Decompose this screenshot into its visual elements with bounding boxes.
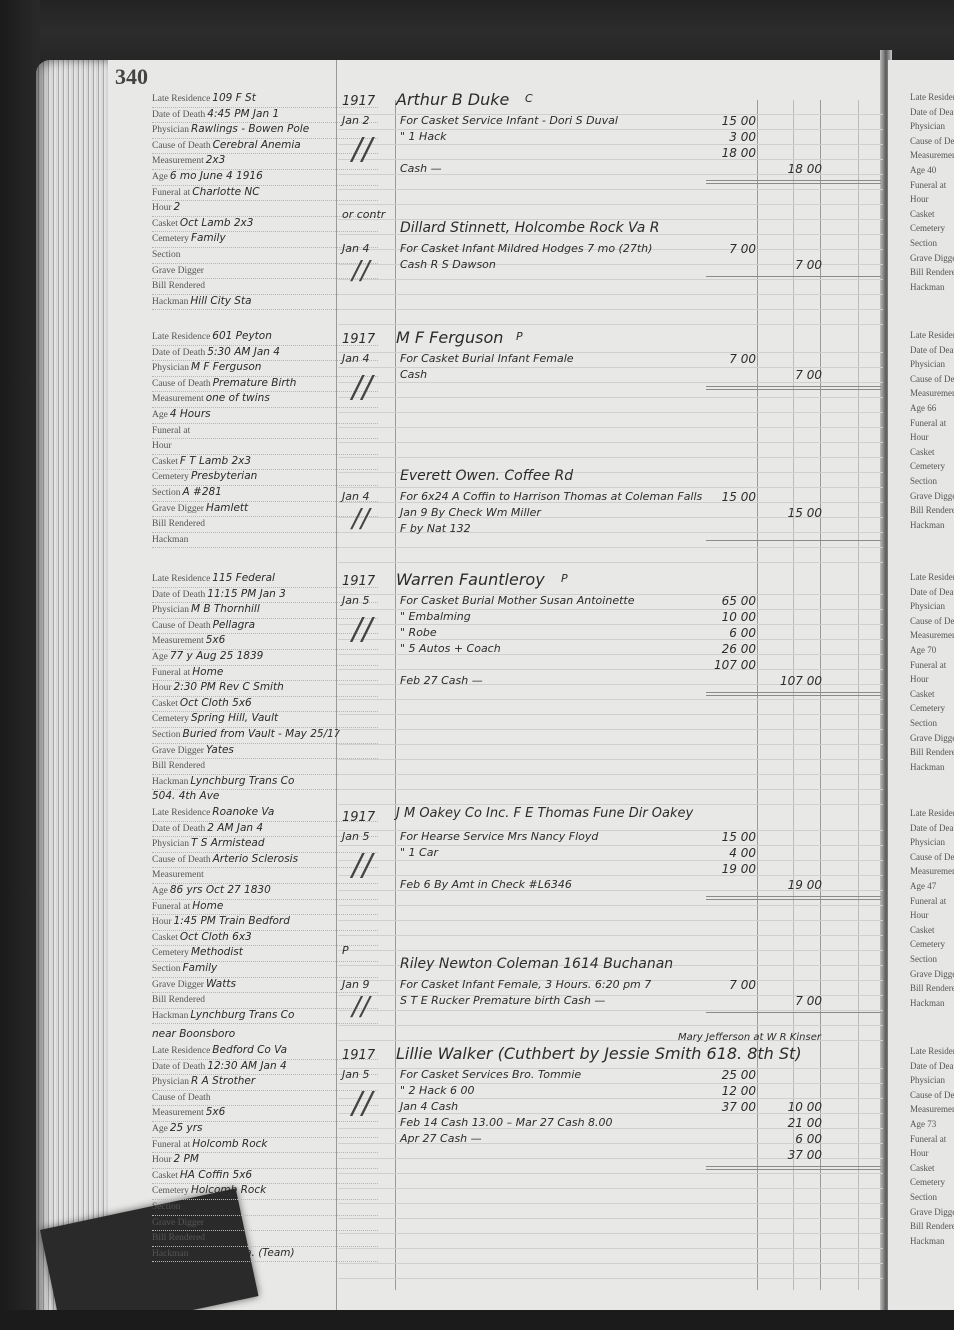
entry-date: Jan 5 [342, 1068, 369, 1081]
total-rule [706, 386, 881, 387]
form-value: Family [183, 1200, 218, 1212]
form-value: one of twins [206, 392, 270, 404]
ledger-note: or contr [342, 208, 385, 221]
credit-amount: 37 00 [772, 1148, 822, 1162]
form-label: Hackman [910, 520, 944, 530]
account-name: M F Ferguson [396, 328, 503, 347]
form-label: Measurement [152, 870, 204, 880]
form-label: Measurement [910, 1104, 954, 1114]
burial-form: near BoonsboroLate ResidenceBedford Co V… [152, 1028, 378, 1262]
form-label: Cause of Death [152, 379, 211, 389]
form-value: 115 Federal [212, 572, 275, 584]
paid-checkmark: // [352, 612, 372, 647]
form-field-section: SectionBuried from Vault - May 25/17 [152, 728, 378, 744]
total-rule [706, 276, 881, 277]
ruled-line [338, 699, 883, 700]
ruled-line [338, 744, 883, 745]
debit-amount: 7 00 [706, 242, 756, 256]
form-field-hour: Hour2 PM [152, 1153, 378, 1169]
paid-checkmark: // [352, 992, 370, 1022]
debit-amount: 15 00 [706, 490, 756, 504]
ruled-line [338, 442, 883, 443]
account-mark: P [561, 572, 568, 585]
form-label: Measurement [152, 394, 204, 404]
form-field-cemetery: Cemetery [910, 939, 954, 954]
form-value: Buried from Vault - May 25/17 [183, 728, 341, 740]
ruled-line [338, 639, 883, 640]
form-label: Hour [910, 194, 929, 204]
form-value: Holcomb Rock [191, 1184, 266, 1196]
form-label: Grave Digger [910, 733, 954, 743]
form-value: 5x6 [206, 1106, 226, 1118]
form-label: Funeral at [910, 418, 946, 428]
form-label: Measurement [910, 388, 954, 398]
form-value: 2x3 [206, 154, 226, 166]
form-field-funeral-at: Funeral atCharlotte NC [152, 186, 378, 202]
paid-checkmark: // [352, 848, 372, 883]
form-field-age: Age 66 [910, 403, 954, 418]
form-value: Watts [206, 978, 236, 990]
form-field-date-of-death: Date of Death [910, 107, 954, 122]
form-label: Cause of Death [152, 1093, 211, 1103]
form-field-hour: Hour1:45 PM Train Bedford [152, 915, 378, 931]
form-field-age: Age 73 [910, 1119, 954, 1134]
entry-description: For Casket Burial Mother Susan Antoinett… [400, 594, 634, 607]
ledger-note: P [342, 944, 349, 957]
debit-amount: 15 00 [706, 114, 756, 128]
entry-date: Jan 9 [342, 978, 369, 991]
ruled-line [338, 1233, 883, 1234]
ledger-year: 1917 [342, 810, 375, 825]
form-label: Section [910, 1192, 937, 1202]
form-field-cemetery: Cemetery [910, 223, 954, 238]
form-value: Holcomb Rock [192, 1138, 267, 1150]
debit-amount: 107 00 [706, 658, 756, 672]
form-field-cause-of-death: Cause of Death [910, 852, 954, 867]
form-label: Physician [152, 363, 189, 373]
debit-amount: 3 00 [706, 130, 756, 144]
form-label: Grave Digger [910, 969, 954, 979]
ruled-line [338, 279, 883, 280]
debit-amount: 25 00 [706, 1068, 756, 1082]
ledger-year: 1917 [342, 94, 375, 109]
right-page-form: Late ResidenceDate of DeathPhysicianCaus… [910, 330, 954, 534]
form-field-age: Age 40 [910, 165, 954, 180]
form-label: Bill Rendered [910, 505, 954, 515]
form-field-grave-digger: Grave Digger [152, 264, 378, 280]
form-label: Casket [152, 1171, 178, 1181]
form-label: Late Residence [152, 574, 210, 584]
ruled-line [338, 1248, 883, 1249]
form-field-measurement: Measurement5x6 [152, 1106, 378, 1122]
form-label: Casket [910, 447, 935, 457]
form-label: Physician [910, 121, 945, 131]
form-field-bill-rendered: Bill Rendered [152, 279, 378, 295]
form-label: Grave Digger [910, 253, 954, 263]
form-label: Late Residence [152, 94, 210, 104]
form-label: Physician [910, 1075, 945, 1085]
form-label: Date of Death [152, 824, 205, 834]
entry-description: " Robe [400, 626, 437, 639]
ruled-line [338, 1173, 883, 1174]
book-cover-left [0, 0, 40, 1330]
form-value: Hill City Sta [190, 295, 251, 307]
ruled-line [338, 669, 883, 670]
form-field-age: Age86 yrs Oct 27 1830 [152, 884, 378, 900]
form-field-casket: CasketHA Coffin 5x6 [152, 1169, 378, 1185]
form-label: Funeral at [152, 426, 190, 436]
total-rule [706, 540, 881, 541]
ruled-line [338, 1025, 883, 1026]
form-field-section: Section [910, 718, 954, 733]
form-label: Section [152, 1202, 181, 1212]
form-label: Bill Rendered [910, 267, 954, 277]
form-value: M B Thornhill [191, 603, 260, 615]
form-label: Funeral at [910, 180, 946, 190]
form-field-funeral-at: Funeral atHolcomb Rock [152, 1138, 378, 1154]
form-label: Hour [152, 917, 172, 927]
form-value: Bedford Co Va [212, 1044, 287, 1056]
ruled-line [338, 860, 883, 861]
form-field-age: Age77 y Aug 25 1839 [152, 650, 378, 666]
account-name: Dillard Stinnett, Holcombe Rock Va R [400, 220, 659, 236]
form-value: Arterio Sclerosis [213, 853, 299, 865]
form-label: Bill Rendered [910, 1221, 954, 1231]
form-field-hour: Hour [910, 674, 954, 689]
ruled-line [338, 774, 883, 775]
form-field-bill-rendered: Bill Rendered [910, 747, 954, 762]
total-rule-double [706, 389, 881, 390]
form-field-grave-digger: Grave Digger [910, 1207, 954, 1222]
entry-description: For 6x24 A Coffin to Harrison Thomas at … [400, 490, 702, 503]
entry-description: Apr 27 Cash — [400, 1132, 482, 1145]
form-field-funeral-at: Funeral at [152, 424, 378, 440]
form-field-physician: Physician [910, 837, 954, 852]
form-label: Cemetery [910, 461, 945, 471]
form-label: Physician [910, 601, 945, 611]
entry-date: Jan 5 [342, 594, 369, 607]
entry-description: For Casket Infant Female, 3 Hours. 6:20 … [400, 978, 651, 991]
entry-date: Jan 4 [342, 242, 369, 255]
form-label: Funeral at [152, 188, 190, 198]
debit-amount: 37 00 [706, 1100, 756, 1114]
form-value: 12:30 AM Jan 4 [207, 1060, 286, 1072]
form-label: Age 47 [910, 881, 936, 891]
form-field-late-residence: Late Residence [910, 808, 954, 823]
form-value: Oct Cloth 6x3 [180, 931, 252, 943]
form-field-hackman: Hackman [910, 282, 954, 297]
form-field-funeral-at: Funeral atHome [152, 666, 378, 682]
form-label: Hour [152, 683, 172, 693]
credit-amount: 10 00 [772, 1100, 822, 1114]
form-field-cemetery: CemeteryHolcomb Rock [152, 1184, 378, 1200]
form-field-hackman: Hackman [910, 1236, 954, 1251]
form-label: Measurement [152, 1108, 204, 1118]
form-label: Hackman [910, 1236, 944, 1246]
form-label: Date of Death [152, 348, 205, 358]
entry-description: Jan 9 By Check Wm Miller [400, 506, 541, 519]
form-field-grave-digger: Grave DiggerYates [152, 744, 378, 760]
form-label: Casket [910, 1163, 935, 1173]
form-label: Cemetery [910, 703, 945, 713]
form-field-hackman: Hackman [910, 762, 954, 777]
form-field-measurement: Measurement [910, 388, 954, 403]
ruled-line [338, 714, 883, 715]
ruled-line [338, 189, 883, 190]
form-value: 25 yrs [170, 1122, 203, 1134]
form-field-bill-rendered: Bill Rendered [910, 983, 954, 998]
form-field-bill-rendered: Bill Rendered [910, 1221, 954, 1236]
credit-amount: 7 00 [772, 368, 822, 382]
form-field-cause-of-death: Cause of Death [910, 616, 954, 631]
form-label: Late Residence [910, 808, 954, 818]
form-label: Late Residence [910, 572, 954, 582]
entry-description: Feb 27 Cash — [400, 674, 483, 687]
entry-description: " 5 Autos + Coach [400, 642, 501, 655]
form-field-funeral-at: Funeral at [910, 418, 954, 433]
form-label: Grave Digger [152, 980, 204, 990]
form-field-cause-of-death: Cause of Death [910, 374, 954, 389]
ledger-note: Mary Jefferson at W R Kinser [678, 1032, 821, 1043]
account-name: J M Oakey Co Inc. F E Thomas Fune Dir Oa… [396, 806, 693, 821]
form-label: Hackman [910, 998, 944, 1008]
debit-amount: 7 00 [706, 352, 756, 366]
form-label: Casket [910, 209, 935, 219]
entry-description: " 2 Hack 6 00 [400, 1084, 474, 1097]
form-value: Family [183, 962, 218, 974]
form-label: Grave Digger [910, 1207, 954, 1217]
entry-description: Cash R S Dawson [400, 258, 496, 271]
form-label: Measurement [910, 150, 954, 160]
form-label: Funeral at [152, 668, 190, 678]
debit-amount: 26 00 [706, 642, 756, 656]
form-label: Late Residence [152, 808, 210, 818]
form-value: Rawlings - Bowen Pole [191, 123, 309, 135]
form-value: Family [191, 232, 226, 244]
form-field-cemetery: Cemetery [910, 703, 954, 718]
debit-amount: 10 00 [706, 610, 756, 624]
form-label: Date of Death [152, 110, 205, 120]
form-value: Pellagra [213, 619, 255, 631]
entry-description: Cash [400, 368, 427, 381]
ruled-line [338, 804, 883, 805]
form-field-funeral-at: Funeral atHome [152, 900, 378, 916]
form-label: Funeral at [910, 896, 946, 906]
form-value: Lynchburg Trans Co [190, 775, 294, 787]
ledger-year: 1917 [342, 332, 375, 347]
form-value: Methodist [191, 946, 243, 958]
form-value: Cerebral Anemia [213, 139, 301, 151]
form-label: Section [910, 476, 937, 486]
form-label: Grave Digger [152, 504, 204, 514]
debit-amount: 15 00 [706, 830, 756, 844]
form-field-measurement: Measurement [910, 150, 954, 165]
form-field-bill-rendered: Bill Rendered [152, 517, 378, 533]
form-value: 2 AM Jan 4 [207, 822, 263, 834]
form-field-casket: Casket [910, 925, 954, 940]
form-label: Late Residence [910, 330, 954, 340]
ruled-line [338, 397, 883, 398]
form-value: Roanoke Va [212, 806, 274, 818]
form-field-hour: Hour [910, 432, 954, 447]
form-label: Measurement [152, 636, 204, 646]
form-value: Presbyterian [191, 470, 257, 482]
form-note-above: 504. 4th Ave [152, 790, 378, 806]
form-field-section: Section [910, 238, 954, 253]
form-field-grave-digger: Grave Digger [910, 969, 954, 984]
form-label: Hackman [152, 1011, 188, 1021]
form-label: Casket [152, 933, 178, 943]
form-value: Spring Hill, Vault [191, 712, 278, 724]
form-field-hackman: Hackman [910, 998, 954, 1013]
form-field-cause-of-death: Cause of DeathPellagra [152, 619, 378, 635]
entry-description: For Casket Infant Mildred Hodges 7 mo (2… [400, 242, 652, 255]
form-label: Hackman [152, 535, 188, 545]
form-value: 5:30 AM Jan 4 [207, 346, 280, 358]
form-field-late-residence: Late Residence [910, 572, 954, 587]
form-value: 2 [174, 201, 181, 213]
form-field-hackman: HackmanHill City Sta. (Team) [152, 1247, 378, 1263]
form-field-cause-of-death: Cause of DeathCerebral Anemia [152, 139, 378, 155]
ruled-line [338, 487, 883, 488]
form-label: Late Residence [152, 1046, 210, 1056]
ruled-line [338, 789, 883, 790]
form-field-section: Section [910, 476, 954, 491]
credit-amount: 15 00 [772, 506, 822, 520]
form-label: Cemetery [910, 223, 945, 233]
form-field-funeral-at: Funeral at [910, 180, 954, 195]
form-field-late-residence: Late Residence [910, 92, 954, 107]
form-label: Date of Death [910, 1061, 954, 1071]
form-field-grave-digger: Grave Digger [910, 733, 954, 748]
form-note-above: near Boonsboro [152, 1028, 378, 1044]
form-field-age: Age25 yrs [152, 1122, 378, 1138]
form-value: Home [192, 900, 223, 912]
form-field-funeral-at: Funeral at [910, 660, 954, 675]
form-field-physician: Physician [910, 359, 954, 374]
form-field-hackman: HackmanLynchburg Trans Co [152, 775, 378, 791]
burial-entry: near BoonsboroLate ResidenceBedford Co V… [108, 1046, 883, 1281]
account-name: Riley Newton Coleman 1614 Buchanan [400, 956, 673, 972]
form-field-measurement: Measurement5x6 [152, 634, 378, 650]
account-mark: P [516, 330, 523, 343]
form-field-grave-digger: Grave DiggerHamlett [152, 502, 378, 518]
ruled-line [338, 729, 883, 730]
ruled-line [338, 1010, 883, 1011]
form-label: Cause of Death [152, 141, 211, 151]
form-value: 77 y Aug 25 1839 [170, 650, 264, 662]
entry-date: Jan 5 [342, 830, 369, 843]
right-page-form: Late ResidenceDate of DeathPhysicianCaus… [910, 808, 954, 1012]
form-label: Date of Death [910, 587, 954, 597]
form-label: Cause of Death [152, 855, 211, 865]
form-value: Oct Lamb 2x3 [180, 217, 254, 229]
entry-date: Jan 4 [342, 352, 369, 365]
entry-description: Jan 4 Cash [400, 1100, 458, 1113]
form-value: 5x6 [206, 634, 226, 646]
entry-description: For Casket Service Infant - Dori S Duval [400, 114, 618, 127]
debit-amount: 18 00 [706, 146, 756, 160]
ruled-line [338, 562, 883, 563]
ruled-line [338, 875, 883, 876]
form-field-late-residence: Late Residence [910, 1046, 954, 1061]
form-label: Physician [152, 125, 189, 135]
form-value: F T Lamb 2x3 [180, 455, 251, 467]
form-value: Lynchburg Trans Co [190, 1009, 294, 1021]
page-stack-edge [36, 60, 110, 1320]
form-field-bill-rendered: Bill Rendered [910, 505, 954, 520]
ruled-line [338, 759, 883, 760]
form-value: Oct Cloth 5x6 [180, 697, 252, 709]
entry-description: " 1 Car [400, 846, 438, 859]
entry-description: Feb 6 By Amt in Check #L6346 [400, 878, 572, 891]
form-field-section: Section [910, 1192, 954, 1207]
form-label: Hackman [910, 282, 944, 292]
form-label: Bill Rendered [152, 281, 205, 291]
ruled-line [338, 905, 883, 906]
form-value: Hill City Sta. (Team) [190, 1247, 294, 1259]
form-label: Age [152, 886, 168, 896]
form-field-bill-rendered: Bill Rendered [152, 759, 378, 775]
form-label: Date of Death [152, 590, 205, 600]
ruled-line [338, 294, 883, 295]
entry-description: For Casket Services Bro. Tommie [400, 1068, 581, 1081]
form-label: Casket [152, 457, 178, 467]
account-name: Warren Fauntleroy [396, 570, 545, 589]
form-label: Age 73 [910, 1119, 936, 1129]
paid-checkmark: // [352, 370, 372, 405]
total-rule [706, 1166, 881, 1167]
account-name: Everett Owen. Coffee Rd [400, 468, 573, 484]
form-label: Cause of Death [910, 1090, 954, 1100]
form-label: Physician [910, 359, 945, 369]
total-rule-double [706, 899, 881, 900]
form-label: Hour [152, 441, 172, 451]
form-field-date-of-death: Date of Death [910, 345, 954, 360]
form-label: Bill Rendered [910, 983, 954, 993]
form-field-measurement: Measurement [910, 866, 954, 881]
form-field-grave-digger: Grave Digger [910, 253, 954, 268]
form-field-date-of-death: Date of Death [910, 1061, 954, 1076]
form-label: Funeral at [910, 660, 946, 670]
form-value: T S Armistead [191, 837, 265, 849]
form-label: Date of Death [910, 107, 954, 117]
credit-amount: 6 00 [772, 1132, 822, 1146]
form-field-age: Age 47 [910, 881, 954, 896]
total-rule [706, 1012, 881, 1013]
form-label: Funeral at [910, 1134, 946, 1144]
right-page-form: Late ResidenceDate of DeathPhysicianCaus… [910, 572, 954, 776]
ruled-line [338, 624, 883, 625]
form-label: Bill Rendered [152, 761, 205, 771]
form-field-cause-of-death: Cause of Death [910, 1090, 954, 1105]
form-label: Physician [152, 1077, 189, 1087]
form-label: Age [152, 410, 168, 420]
form-label: Cause of Death [910, 136, 954, 146]
debit-amount: 12 00 [706, 1084, 756, 1098]
form-value: 2 PM [174, 1153, 199, 1165]
form-label: Casket [910, 925, 935, 935]
form-label: Funeral at [152, 1140, 190, 1150]
form-label: Cemetery [152, 714, 189, 724]
debit-amount: 65 00 [706, 594, 756, 608]
form-field-hackman: Hackman [152, 533, 378, 549]
form-field-physician: Physician [910, 1075, 954, 1090]
entry-description: Cash — [400, 162, 442, 175]
form-field-funeral-at: Funeral at [910, 1134, 954, 1149]
form-label: Casket [910, 689, 935, 699]
form-label: Hackman [910, 762, 944, 772]
